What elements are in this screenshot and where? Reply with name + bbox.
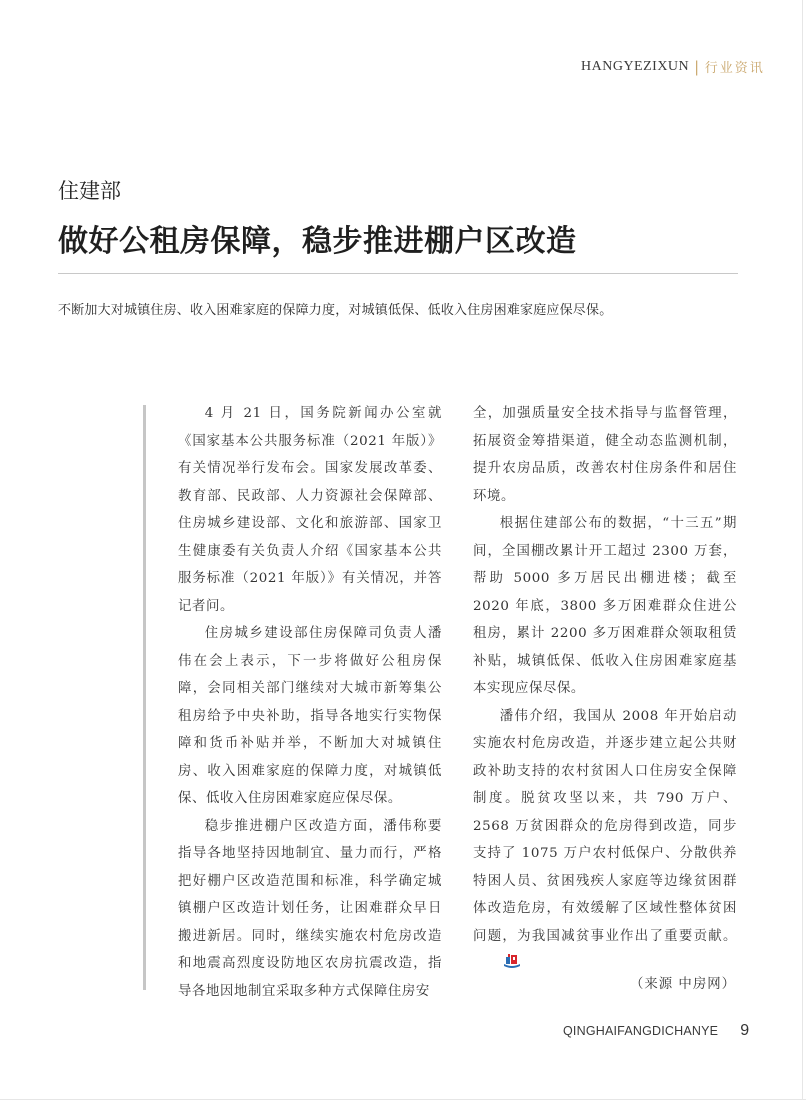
paragraph: 根据住建部公布的数据，“十三五”期间，全国棚改累计开工超过 2300 万套，帮助… bbox=[473, 510, 737, 703]
header-separator: | bbox=[694, 58, 700, 76]
paragraph: 4 月 21 日，国务院新闻办公室就《国家基本公共服务标准（2021 年版）》有… bbox=[178, 400, 442, 620]
page-footer: QINGHAIFANGDICHANYE 9 bbox=[563, 1022, 749, 1040]
magazine-name: QINGHAIFANGDICHANYE bbox=[563, 1024, 718, 1038]
article-column-left: 4 月 21 日，国务院新闻办公室就《国家基本公共服务标准（2021 年版）》有… bbox=[178, 400, 442, 1005]
paragraph: 住房城乡建设部住房保障司负责人潘伟在会上表示，下一步将做好公租房保障，会同相关部… bbox=[178, 620, 442, 813]
paragraph: 稳步推进棚户区改造方面，潘伟称要指导各地坚持因地制宜、量力而行，严格把好棚户区改… bbox=[178, 813, 442, 1006]
section-name-chinese: 行业资讯 bbox=[705, 57, 765, 76]
page-number: 9 bbox=[740, 1022, 749, 1040]
publication-logo-icon bbox=[476, 952, 494, 968]
paragraph-last: 潘伟介绍，我国从 2008 年开始启动实施农村危房改造，并逐步建立起公共财政补助… bbox=[473, 703, 737, 978]
article-deck: 不断加大对城镇住房、收入困难家庭的保障力度，对城镇低保、低收入住房困难家庭应保尽… bbox=[58, 299, 758, 318]
paragraph-text: 潘伟介绍，我国从 2008 年开始启动实施农村危房改造，并逐步建立起公共财政补助… bbox=[473, 709, 737, 944]
article-column-right: 全，加强质量安全技术指导与监督管理，拓展资金筹措渠道，健全动态监测机制，提升农房… bbox=[473, 400, 737, 978]
article-kicker: 住建部 bbox=[58, 175, 121, 205]
article-title: 做好公租房保障，稳步推进棚户区改造 bbox=[58, 216, 577, 260]
column-accent-bar bbox=[143, 405, 146, 990]
article-source: （来源 中房网） bbox=[630, 973, 736, 992]
title-divider bbox=[58, 273, 738, 274]
paragraph: 全，加强质量安全技术指导与监督管理，拓展资金筹措渠道，健全动态监测机制，提升农房… bbox=[473, 400, 737, 510]
section-name-latin: HANGYEZIXUN bbox=[581, 59, 689, 75]
page-edge bbox=[802, 0, 803, 1100]
running-header: HANGYEZIXUN | 行业资讯 bbox=[581, 57, 765, 76]
